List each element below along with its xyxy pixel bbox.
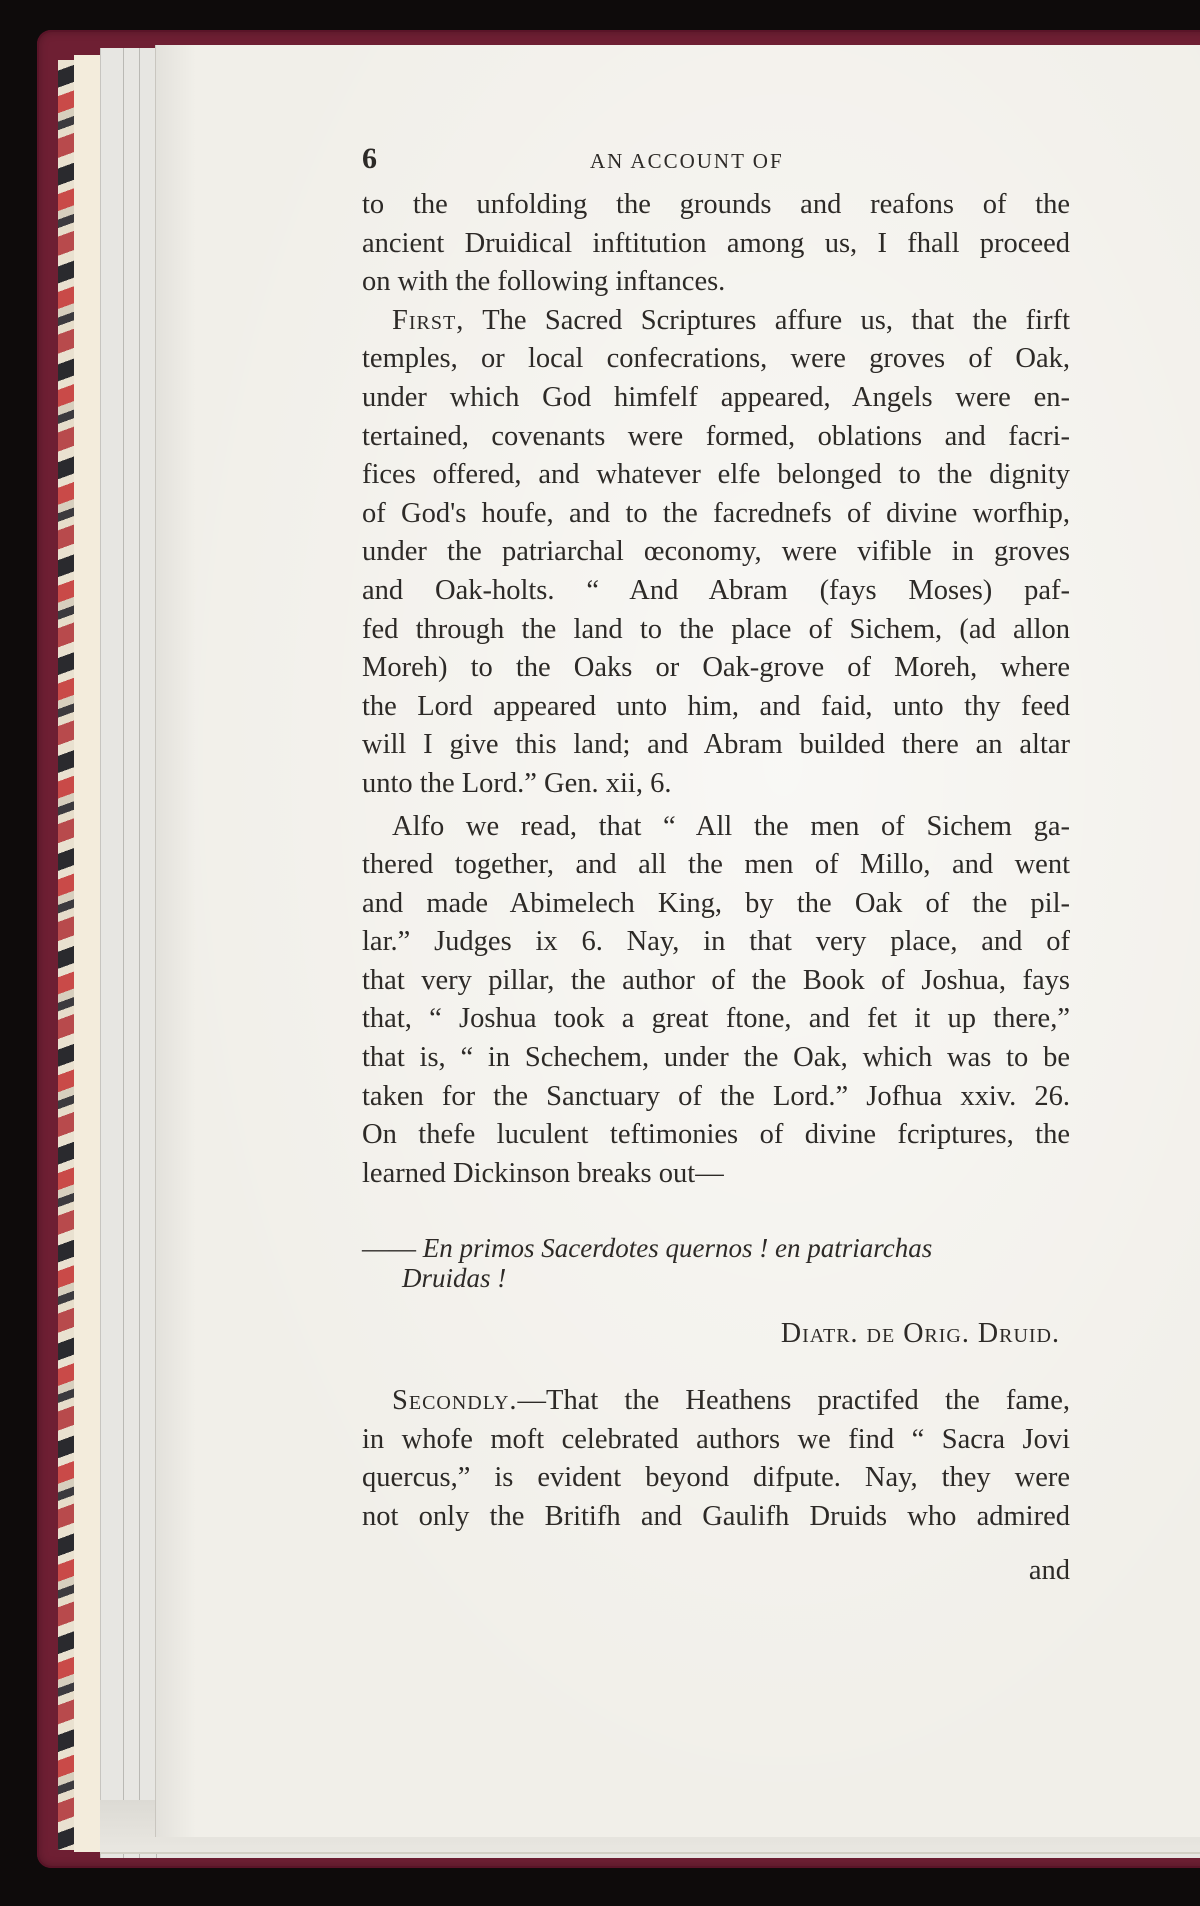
- text-line: learned Dickinson breaks out—: [362, 1155, 1070, 1194]
- headband-stripes: [58, 60, 74, 1850]
- text-line: on with the following inftances.: [362, 263, 1070, 302]
- running-header: 6 AN ACCOUNT OF: [362, 140, 1070, 186]
- text-line: under the patriarchal œconomy, were vifi…: [362, 533, 1070, 572]
- text-line: quercus,” is evident beyond difpute. Nay…: [362, 1459, 1070, 1498]
- text-line: and made Abimelech King, by the Oak of t…: [362, 885, 1070, 924]
- text-line: not only the Britifh and Gaulifh Druids …: [362, 1498, 1070, 1537]
- paragraph-secondly: Secondly.—That the Heathens practifed th…: [362, 1382, 1070, 1536]
- quote-dash: ——: [362, 1233, 416, 1263]
- text-line: unto the Lord.” Gen. xii, 6.: [362, 765, 1070, 804]
- paragraph-lead: First,: [392, 305, 464, 336]
- text-line: and Oak-holts. “ And Abram (fays Moses) …: [362, 572, 1070, 611]
- catchword: and: [362, 1552, 1070, 1591]
- page-text: 6 AN ACCOUNT OF to the unfolding the gro…: [362, 140, 1070, 1591]
- text-line: that is, “ in Schechem, under the Oak, w…: [362, 1039, 1070, 1078]
- paragraph-first: First, The Sacred Scriptures affure us, …: [362, 302, 1070, 804]
- text-line: will I give this land; and Abram builded…: [362, 726, 1070, 765]
- text-line: Alfo we read, that “ All the men of Sich…: [362, 808, 1070, 847]
- text-line: The Sacred Scriptures affure us, that th…: [482, 305, 1070, 336]
- paragraph-second: Alfo we read, that “ All the men of Sich…: [362, 808, 1070, 1194]
- text-line: in whofe moft celebrated authors we find…: [362, 1421, 1070, 1460]
- opening-lines: to the unfolding the grounds and reafons…: [362, 186, 1070, 302]
- text-line: under which God himfelf appeared, Angels…: [362, 379, 1070, 418]
- running-head-title: AN ACCOUNT OF: [590, 142, 784, 181]
- quote-citation: Diatr. de Orig. Druid.: [362, 1315, 1070, 1354]
- text-line: thered together, and all the men of Mill…: [362, 846, 1070, 885]
- latin-quotation: —— En primos Sacerdotes quernos ! en pat…: [362, 1233, 1070, 1293]
- text-line: of God's houfe, and to the facrednefs of…: [362, 495, 1070, 534]
- text-line: that very pillar, the author of the Book…: [362, 962, 1070, 1001]
- quote-line: Druidas !: [362, 1263, 1070, 1293]
- text-line: ancient Druidical inftitution among us, …: [362, 225, 1070, 264]
- text-line: that, “ Joshua took a great ftone, and f…: [362, 1000, 1070, 1039]
- text-line: fices offered, and whatever elfe belonge…: [362, 456, 1070, 495]
- text-line: temples, or local confecrations, were gr…: [362, 340, 1070, 379]
- text-line: Moreh) to the Oaks or Oak-grove of Moreh…: [362, 649, 1070, 688]
- paragraph-lead: Secondly.: [392, 1385, 518, 1416]
- text-line: taken for the Sanctuary of the Lord.” Jo…: [362, 1078, 1070, 1117]
- text-line: lar.” Judges ix 6. Nay, in that very pla…: [362, 923, 1070, 962]
- quote-line: En primos Sacerdotes quernos ! en patria…: [423, 1233, 932, 1263]
- text-line: tertained, covenants were formed, oblati…: [362, 418, 1070, 457]
- text-line: —That the Heathens practifed the fame,: [518, 1385, 1070, 1416]
- text-line: fed through the land to the place of Sic…: [362, 611, 1070, 650]
- text-line: to the unfolding the grounds and reafons…: [362, 186, 1070, 225]
- text-line: the Lord appeared unto him, and faid, un…: [362, 688, 1070, 727]
- page-number: 6: [362, 140, 377, 179]
- text-line: On thefe luculent teftimonies of divine …: [362, 1116, 1070, 1155]
